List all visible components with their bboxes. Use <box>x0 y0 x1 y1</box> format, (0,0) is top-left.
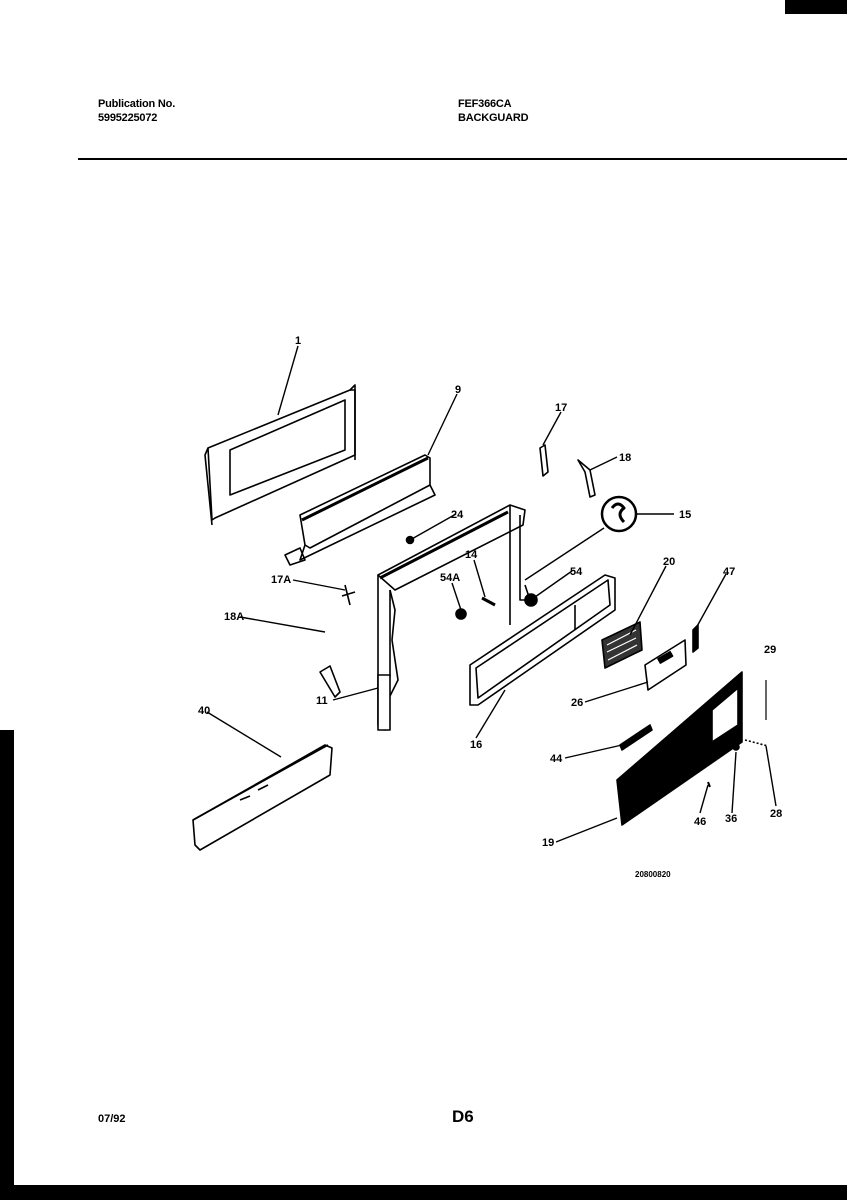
label-part-36: 36 <box>725 813 737 825</box>
part-19-glass-panel <box>617 672 742 825</box>
label-part-18A: 18A <box>224 611 244 623</box>
parts-diagram-page: Publication No. 5995225072 FEF366CA BACK… <box>0 0 847 1200</box>
label-part-19: 19 <box>542 837 554 849</box>
label-part-15: 15 <box>679 509 691 521</box>
part-16-control-panel <box>470 575 615 705</box>
label-part-17A: 17A <box>271 574 291 586</box>
label-part-20: 20 <box>663 556 675 568</box>
part-40-bottom-trim <box>193 745 332 850</box>
label-part-1: 1 <box>295 335 301 347</box>
part-26-overlay-plate <box>645 640 686 690</box>
label-part-14: 14 <box>465 549 478 561</box>
label-part-54A: 54A <box>440 572 460 584</box>
label-part-24: 24 <box>451 509 464 521</box>
part-11-frame <box>378 505 530 730</box>
label-part-9: 9 <box>455 384 461 396</box>
page-number: D6 <box>452 1107 474 1127</box>
label-part-26: 26 <box>571 697 583 709</box>
label-part-44: 44 <box>550 753 563 765</box>
label-part-47: 47 <box>723 566 735 578</box>
revision-date: 07/92 <box>98 1113 126 1125</box>
part-15-detail-callout <box>602 497 636 531</box>
label-part-28: 28 <box>770 808 782 820</box>
exploded-view-diagram: 1 9 17 18 15 24 14 54A 54 17A 18A 11 20 … <box>0 0 847 1200</box>
label-part-40: 40 <box>198 705 210 717</box>
label-part-46: 46 <box>694 816 706 828</box>
label-part-18: 18 <box>619 452 631 464</box>
label-part-54: 54 <box>570 566 583 578</box>
label-part-17: 17 <box>555 402 567 414</box>
label-part-29: 29 <box>764 644 776 656</box>
label-part-16: 16 <box>470 739 482 751</box>
part-44-light-lens <box>620 725 652 750</box>
figure-id: 20800820 <box>635 870 671 879</box>
label-part-11: 11 <box>316 695 328 707</box>
part-20-clock-module <box>602 622 642 668</box>
